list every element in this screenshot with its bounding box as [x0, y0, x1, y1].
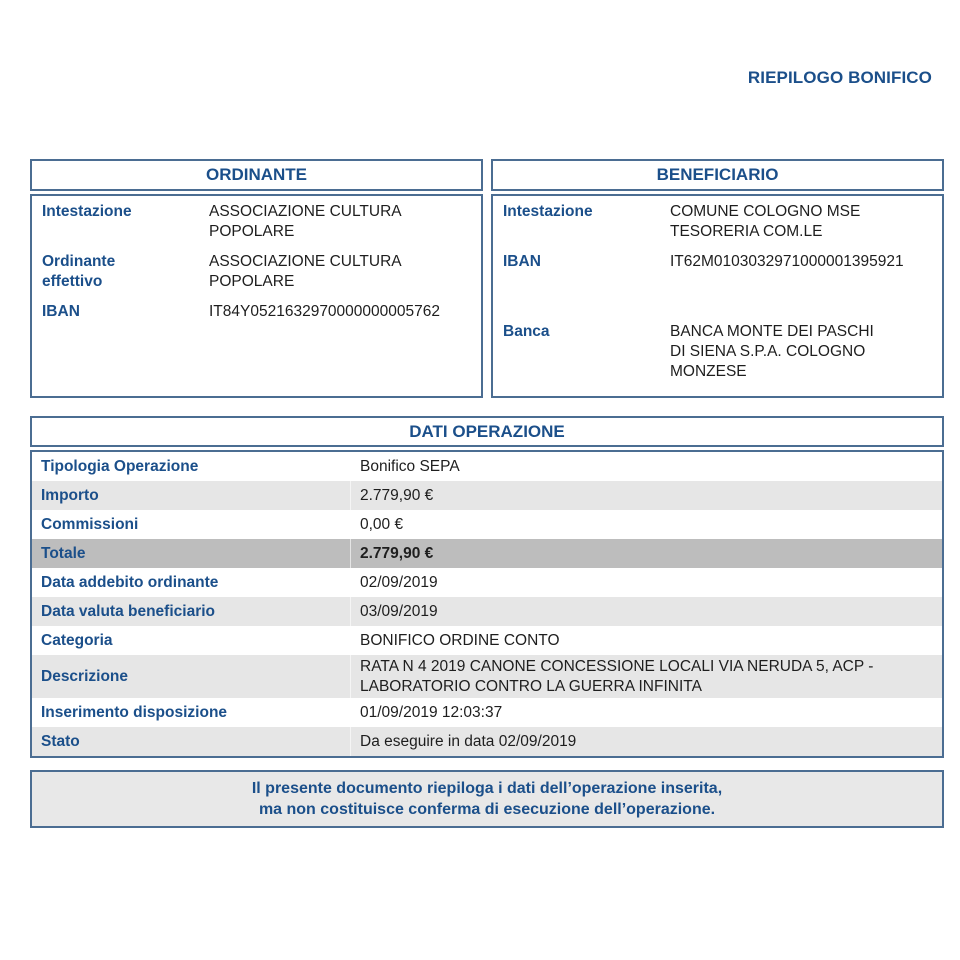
value-line: 2.779,90 € [360, 544, 942, 564]
table-row: StatoDa eseguire in data 02/09/2019 [32, 727, 942, 756]
field-label: Intestazione [503, 202, 670, 242]
field-value: ASSOCIAZIONE CULTURA POPOLARE [209, 252, 402, 292]
beneficiario-row-intestazione: Intestazione COMUNE COLOGNO MSE TESORERI… [503, 202, 932, 242]
table-row: Totale2.779,90 € [32, 539, 942, 568]
field-value: IT84Y0521632970000000005762 [209, 302, 440, 322]
value-line: POPOLARE [209, 222, 402, 242]
value-line: RATA N 4 2019 CANONE CONCESSIONE LOCALI … [360, 657, 942, 677]
row-label: Inserimento disposizione [32, 698, 350, 727]
value-line: 2.779,90 € [360, 486, 942, 506]
label-line: effettivo [42, 272, 209, 292]
table-row: Inserimento disposizione01/09/2019 12:03… [32, 698, 942, 727]
field-label: Banca [503, 322, 670, 382]
row-value: RATA N 4 2019 CANONE CONCESSIONE LOCALI … [350, 655, 942, 698]
value-line: DI SIENA S.P.A. COLOGNO [670, 342, 874, 362]
beneficiario-header-box: BENEFICIARIO [491, 159, 944, 191]
value-line: TESORERIA COM.LE [670, 222, 860, 242]
value-line: ASSOCIAZIONE CULTURA [209, 202, 402, 222]
value-line: BONIFICO ORDINE CONTO [360, 631, 942, 651]
label-line: Ordinante [42, 252, 209, 272]
field-label: Intestazione [42, 202, 209, 242]
table-row: Tipologia OperazioneBonifico SEPA [32, 452, 942, 481]
row-value: 01/09/2019 12:03:37 [350, 698, 942, 727]
value-line: 0,00 € [360, 515, 942, 535]
dati-operazione-table: Tipologia OperazioneBonifico SEPAImporto… [30, 450, 944, 758]
row-label: Importo [32, 481, 350, 510]
value-line: 01/09/2019 12:03:37 [360, 703, 942, 723]
row-value: Bonifico SEPA [350, 452, 942, 481]
dati-operazione-header-box: DATI OPERAZIONE [30, 416, 944, 447]
table-row: Commissioni0,00 € [32, 510, 942, 539]
beneficiario-row-banca: Banca BANCA MONTE DEI PASCHI DI SIENA S.… [503, 322, 932, 382]
row-label: Categoria [32, 626, 350, 655]
row-label: Tipologia Operazione [32, 452, 350, 481]
table-row: Importo2.779,90 € [32, 481, 942, 510]
field-value: IT62M0103032971000001395921 [670, 252, 904, 272]
row-value: 0,00 € [350, 510, 942, 539]
beneficiario-row-iban: IBAN IT62M0103032971000001395921 [503, 252, 932, 272]
value-line: 03/09/2019 [360, 602, 942, 622]
row-label: Stato [32, 727, 350, 756]
value-line: COMUNE COLOGNO MSE [670, 202, 860, 222]
ordinante-row-ordinante-effettivo: Ordinante effettivo ASSOCIAZIONE CULTURA… [42, 252, 471, 292]
row-value: Da eseguire in data 02/09/2019 [350, 727, 942, 756]
table-row: DescrizioneRATA N 4 2019 CANONE CONCESSI… [32, 655, 942, 698]
row-label: Descrizione [32, 655, 350, 698]
table-row: Data valuta beneficiario03/09/2019 [32, 597, 942, 626]
notice-line: ma non costituisce conferma di esecuzion… [32, 799, 942, 820]
row-value: 03/09/2019 [350, 597, 942, 626]
value-line: Bonifico SEPA [360, 457, 942, 477]
row-value: 2.779,90 € [350, 481, 942, 510]
ordinante-header: ORDINANTE [32, 161, 481, 188]
field-label: IBAN [503, 252, 670, 272]
field-value: COMUNE COLOGNO MSE TESORERIA COM.LE [670, 202, 860, 242]
field-value: ASSOCIAZIONE CULTURA POPOLARE [209, 202, 402, 242]
field-label: IBAN [42, 302, 209, 322]
table-row: Data addebito ordinante02/09/2019 [32, 568, 942, 597]
row-value: 2.779,90 € [350, 539, 942, 568]
value-line: POPOLARE [209, 272, 402, 292]
notice-line: Il presente documento riepiloga i dati d… [32, 778, 942, 799]
value-line: LABORATORIO CONTRO LA GUERRA INFINITA [360, 677, 942, 697]
disclaimer-notice: Il presente documento riepiloga i dati d… [30, 770, 944, 828]
row-label: Totale [32, 539, 350, 568]
row-label: Data valuta beneficiario [32, 597, 350, 626]
value-line: 02/09/2019 [360, 573, 942, 593]
value-line: ASSOCIAZIONE CULTURA [209, 252, 402, 272]
ordinante-row-intestazione: Intestazione ASSOCIAZIONE CULTURA POPOLA… [42, 202, 471, 242]
row-label: Data addebito ordinante [32, 568, 350, 597]
ordinante-panel: Intestazione ASSOCIAZIONE CULTURA POPOLA… [30, 194, 483, 398]
ordinante-row-iban: IBAN IT84Y0521632970000000005762 [42, 302, 471, 322]
beneficiario-header: BENEFICIARIO [493, 161, 942, 188]
field-label: Ordinante effettivo [42, 252, 209, 292]
dati-operazione-header: DATI OPERAZIONE [32, 418, 942, 445]
table-row: CategoriaBONIFICO ORDINE CONTO [32, 626, 942, 655]
value-line: MONZESE [670, 362, 874, 382]
row-label: Commissioni [32, 510, 350, 539]
row-value: 02/09/2019 [350, 568, 942, 597]
document-title: RIEPILOGO BONIFICO [748, 68, 932, 88]
ordinante-header-box: ORDINANTE [30, 159, 483, 191]
row-value: BONIFICO ORDINE CONTO [350, 626, 942, 655]
beneficiario-panel: Intestazione COMUNE COLOGNO MSE TESORERI… [491, 194, 944, 398]
field-value: BANCA MONTE DEI PASCHI DI SIENA S.P.A. C… [670, 322, 874, 382]
value-line: Da eseguire in data 02/09/2019 [360, 732, 942, 752]
value-line: BANCA MONTE DEI PASCHI [670, 322, 874, 342]
